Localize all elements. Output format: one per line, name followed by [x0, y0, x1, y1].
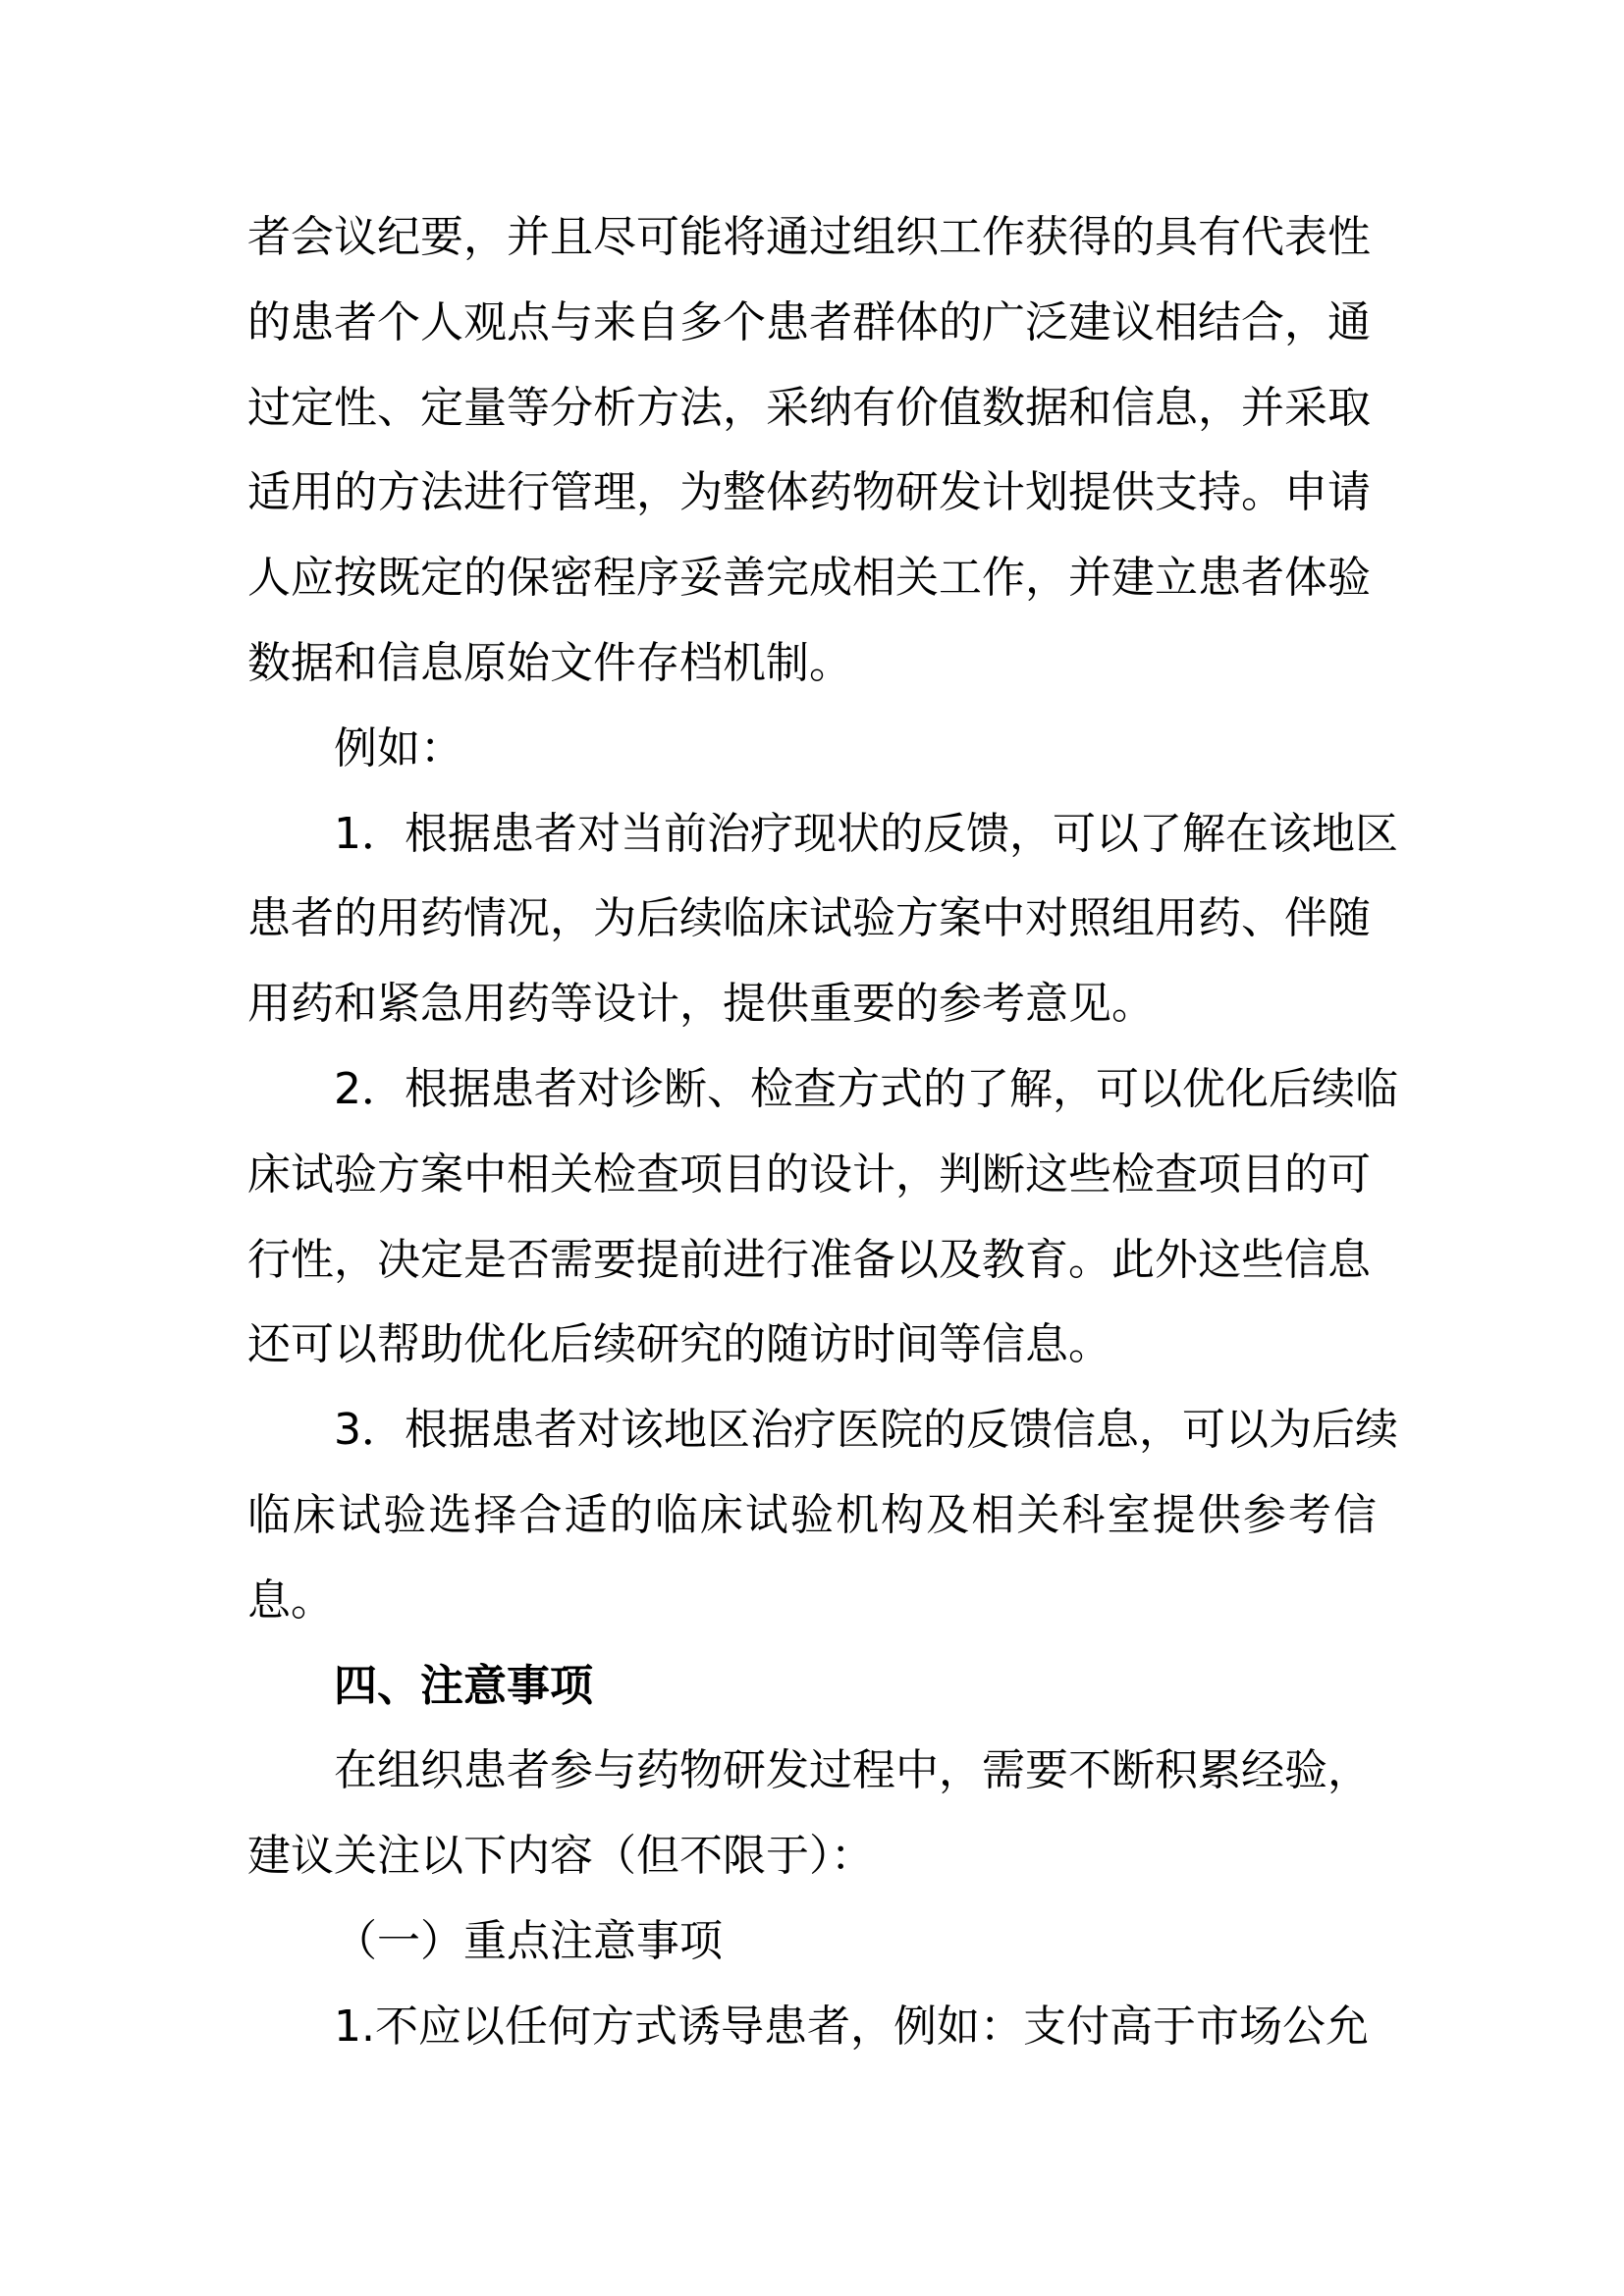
text-line: 的患者个人观点与来自多个患者群体的广泛建议相结合，通 — [247, 281, 1377, 366]
text-line: （一）重点注意事项 — [247, 1899, 1377, 1985]
text-line: 床试验方案中相关检查项目的设计，判断这些检查项目的可 — [247, 1133, 1377, 1218]
text-line: 人应按既定的保密程序妥善完成相关工作，并建立患者体验 — [247, 536, 1377, 621]
text-line: 用药和紧急用药等设计，提供重要的参考意见。 — [247, 962, 1377, 1047]
document-page: 者会议纪要，并且尽可能将通过组织工作获得的具有代表性的患者个人观点与来自多个患者… — [0, 0, 1624, 2296]
text-line: 例如： — [247, 707, 1377, 792]
text-line: 行性，决定是否需要提前进行准备以及教育。此外这些信息 — [247, 1218, 1377, 1304]
section-heading-line: 四、注意事项 — [247, 1644, 1377, 1730]
text-line: 在组织患者参与药物研发过程中，需要不断积累经验， — [247, 1729, 1377, 1814]
text-line: 1.不应以任何方式诱导患者，例如：支付高于市场公允 — [247, 1985, 1377, 2070]
document-text-block: 者会议纪要，并且尽可能将通过组织工作获得的具有代表性的患者个人观点与来自多个患者… — [247, 195, 1377, 2070]
text-line: 适用的方法进行管理，为整体药物研发计划提供支持。申请 — [247, 451, 1377, 536]
text-line: 2．根据患者对诊断、检查方式的了解，可以优化后续临 — [247, 1047, 1377, 1133]
text-line: 患者的用药情况，为后续临床试验方案中对照组用药、伴随 — [247, 877, 1377, 962]
text-line: 者会议纪要，并且尽可能将通过组织工作获得的具有代表性 — [247, 195, 1377, 281]
text-line: 过定性、定量等分析方法，采纳有价值数据和信息，并采取 — [247, 366, 1377, 452]
text-line: 建议关注以下内容（但不限于）： — [247, 1814, 1377, 1899]
text-line: 息。 — [247, 1559, 1377, 1644]
text-line: 数据和信息原始文件存档机制。 — [247, 621, 1377, 707]
text-line: 还可以帮助优化后续研究的随访时间等信息。 — [247, 1303, 1377, 1388]
text-line: 临床试验选择合适的临床试验机构及相关科室提供参考信 — [247, 1473, 1377, 1559]
text-line: 1．根据患者对当前治疗现状的反馈，可以了解在该地区 — [247, 792, 1377, 878]
text-line: 3．根据患者对该地区治疗医院的反馈信息，可以为后续 — [247, 1388, 1377, 1473]
